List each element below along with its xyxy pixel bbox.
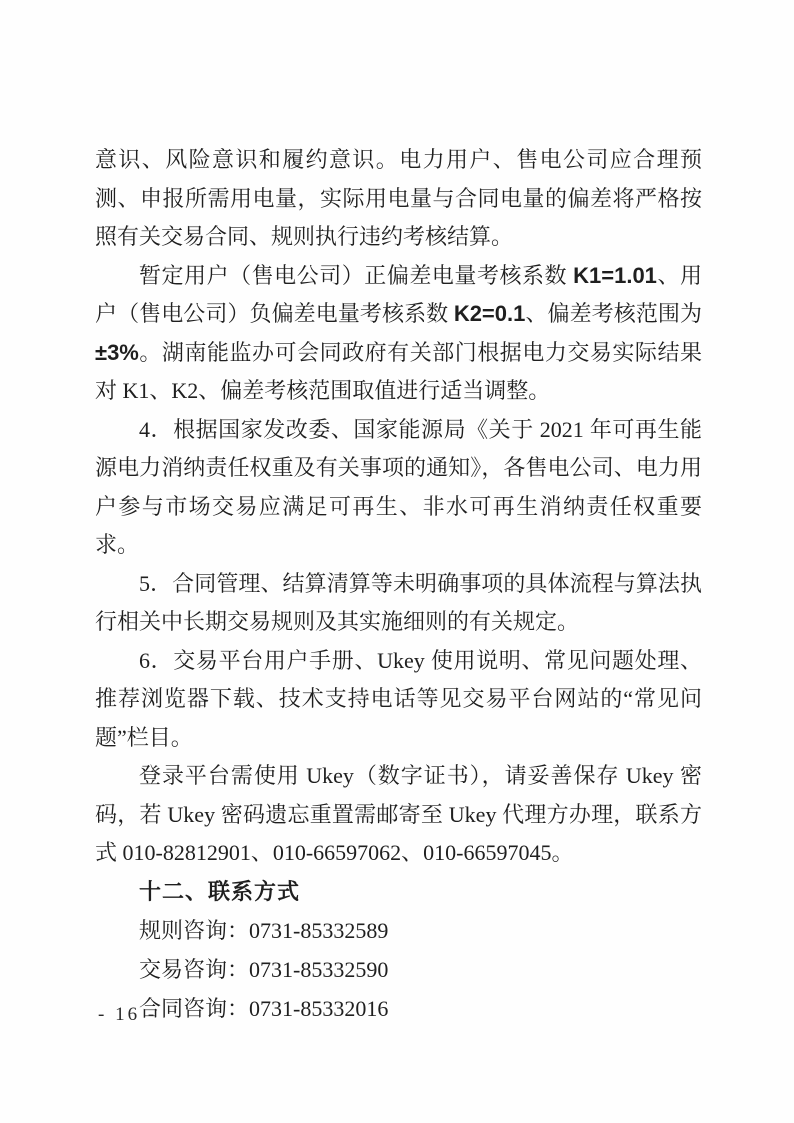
contact-line: 交易咨询：0731-85332590 [95, 950, 702, 989]
text-run: 。湖南能监办可会同政府有关部门根据电力交易实际结果对 K1、K2、偏差考核范围取… [95, 340, 702, 404]
bold-text-run: K1=1.01 [573, 263, 657, 288]
contact-line: 合同咨询：0731-85332016 [95, 989, 702, 1028]
contact-phone: 0731-85332589 [249, 918, 388, 943]
text-run: 登录平台需使用 Ukey（数字证书），请妥善保存 Ukey 密码，若 Ukey … [95, 763, 702, 865]
contact-label: 规则咨询： [139, 918, 249, 943]
contact-line: 规则咨询：0731-85332589 [95, 911, 702, 950]
bold-text-run: K2=0.1 [454, 301, 526, 326]
text-run: 、偏差考核范围为 [525, 301, 702, 326]
contact-label: 交易咨询： [139, 957, 249, 982]
text-run: 5．合同管理、结算清算等未明确事项的具体流程与算法执行相关中长期交易规则及其实施… [95, 571, 702, 635]
contact-phone: 0731-85332016 [249, 996, 388, 1021]
section-heading: 十二、联系方式 [95, 873, 702, 912]
paragraph: 4．根据国家发改委、国家能源局《关于 2021 年可再生能源电力消纳责任权重及有… [95, 411, 702, 565]
text-run: 暂定用户（售电公司）正偏差电量考核系数 [139, 263, 573, 288]
contact-phone: 0731-85332590 [249, 957, 388, 982]
text-run: 6．交易平台用户手册、Ukey 使用说明、常见问题处理、推荐浏览器下载、技术支持… [95, 648, 702, 750]
page-number: - 16 - [98, 1004, 157, 1026]
paragraph: 登录平台需使用 Ukey（数字证书），请妥善保存 Ukey 密码，若 Ukey … [95, 757, 702, 873]
paragraph: 6．交易平台用户手册、Ukey 使用说明、常见问题处理、推荐浏览器下载、技术支持… [95, 642, 702, 758]
document-page: 意识、风险意识和履约意识。电力用户、售电公司应合理预测、申报所需用电量，实际用电… [0, 0, 794, 1123]
paragraph: 暂定用户（售电公司）正偏差电量考核系数 K1=1.01、用户（售电公司）负偏差电… [95, 257, 702, 411]
text-run: 4．根据国家发改委、国家能源局《关于 2021 年可再生能源电力消纳责任权重及有… [95, 417, 702, 558]
text-run: 意识、风险意识和履约意识。电力用户、售电公司应合理预测、申报所需用电量，实际用电… [95, 147, 702, 249]
paragraph: 5．合同管理、结算清算等未明确事项的具体流程与算法执行相关中长期交易规则及其实施… [95, 565, 702, 642]
document-body: 意识、风险意识和履约意识。电力用户、售电公司应合理预测、申报所需用电量，实际用电… [95, 141, 702, 1028]
bold-text-run: ±3% [95, 340, 139, 365]
contact-list: 规则咨询：0731-85332589交易咨询：0731-85332590合同咨询… [95, 911, 702, 1028]
paragraph-list: 意识、风险意识和履约意识。电力用户、售电公司应合理预测、申报所需用电量，实际用电… [95, 141, 702, 873]
paragraph: 意识、风险意识和履约意识。电力用户、售电公司应合理预测、申报所需用电量，实际用电… [95, 141, 702, 257]
